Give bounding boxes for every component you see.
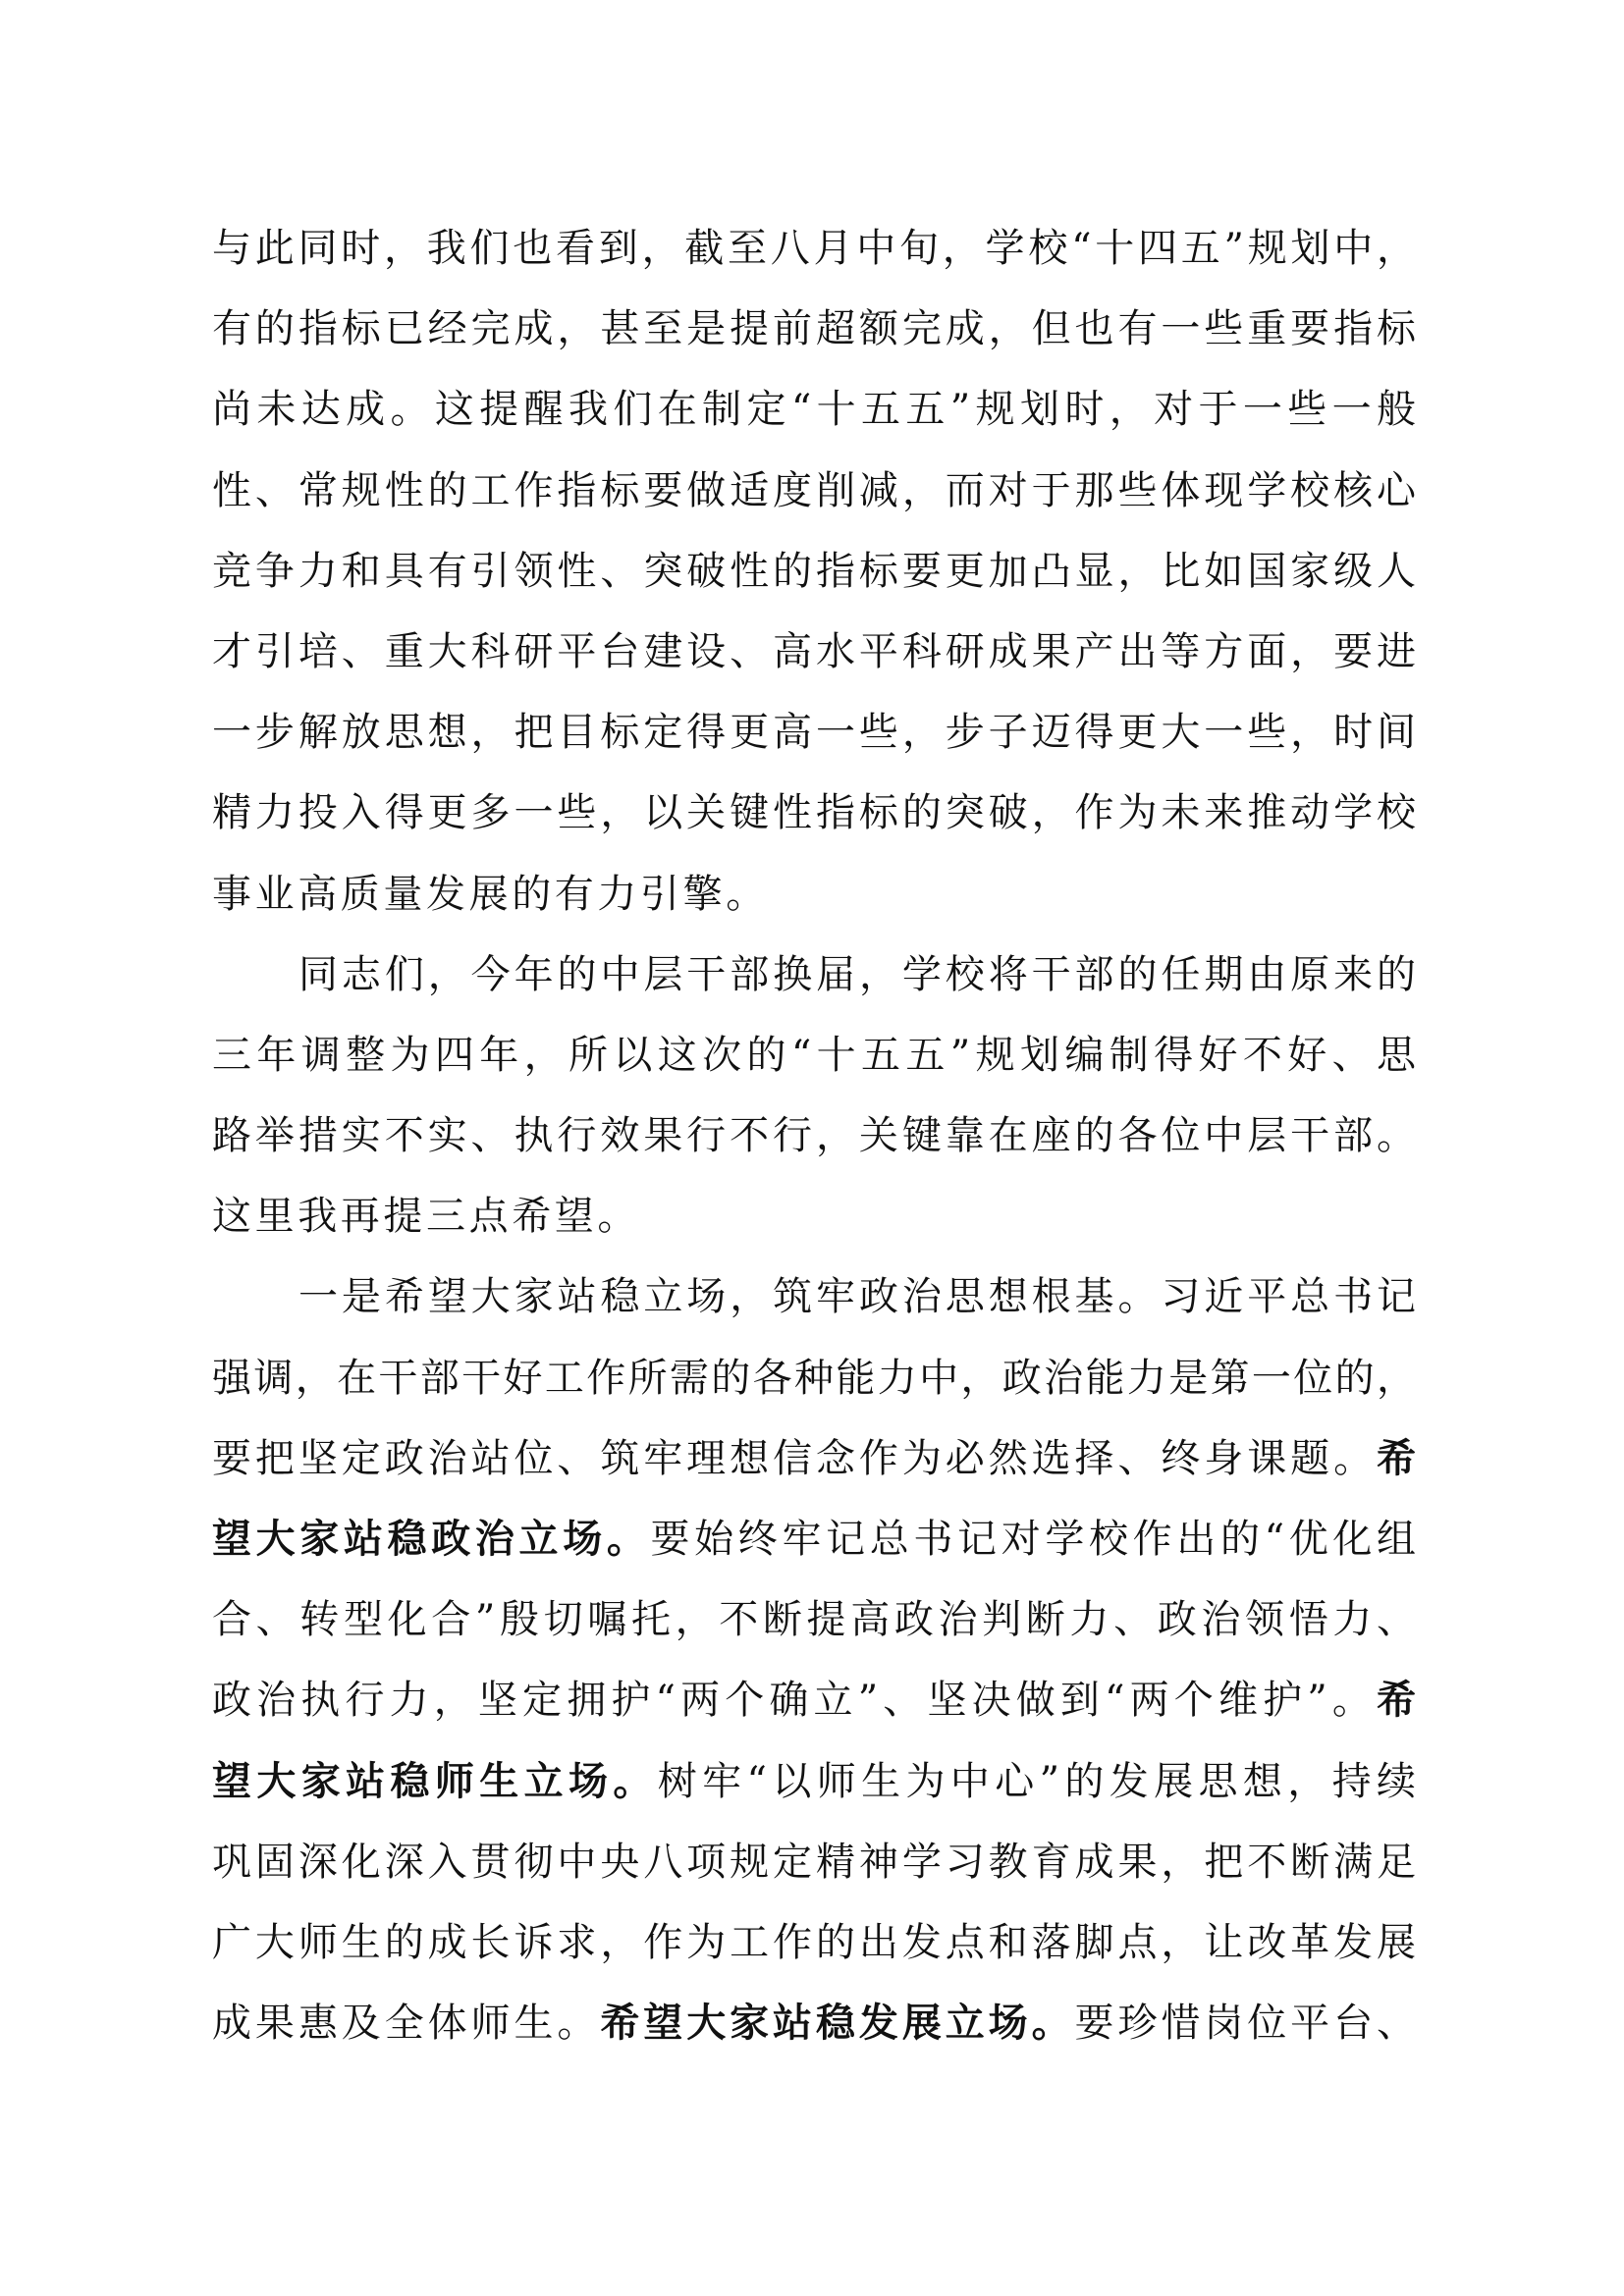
text-line: 这里我再提三点希望。	[212, 1176, 1416, 1256]
body-text-segment: 要珍惜岗位平台、	[1075, 2001, 1416, 2046]
text-line: 事业高质量发展的有力引擎。	[212, 854, 1416, 934]
body-text-segment: 性、常规性的工作指标要做适度削减，而对于那些体现学校核心	[212, 468, 1416, 513]
body-text-segment: 成果惠及全体师生。	[212, 2001, 600, 2046]
text-line: 望大家站稳师生立场。树牢“以师生为中心”的发展思想，持续	[212, 1741, 1416, 1822]
body-text-segment: 要把坚定政治站位、筑牢理想信念作为必然选择、终身课题。	[212, 1436, 1377, 1481]
text-line: 要把坚定政治站位、筑牢理想信念作为必然选择、终身课题。希	[212, 1418, 1416, 1499]
text-line: 精力投入得更多一些，以关键性指标的突破，作为未来推动学校	[212, 773, 1416, 853]
body-text-segment: 才引培、重大科研平台建设、高水平科研成果产出等方面，要进	[212, 629, 1416, 674]
bold-emphasis-text: 希	[1377, 1678, 1416, 1723]
body-text-segment: 强调，在干部干好工作所需的各种能力中，政治能力是第一位的，	[212, 1356, 1416, 1401]
text-line: 一步解放思想，把目标定得更高一些，步子迈得更大一些，时间	[212, 692, 1416, 773]
body-text-segment: 精力投入得更多一些，以关键性指标的突破，作为未来推动学校	[212, 790, 1416, 835]
text-line: 性、常规性的工作指标要做适度削减，而对于那些体现学校核心	[212, 451, 1416, 531]
text-line: 成果惠及全体师生。希望大家站稳发展立场。要珍惜岗位平台、	[212, 1983, 1416, 2063]
paragraph-first-line: 一是希望大家站稳立场，筑牢政治思想根基。习近平总书记	[212, 1256, 1416, 1337]
body-text-segment: 路举措实不实、执行效果行不行，关键靠在座的各位中层干部。	[212, 1113, 1416, 1158]
text-line: 广大师生的成长诉求，作为工作的出发点和落脚点，让改革发展	[212, 1902, 1416, 1983]
text-line: 有的指标已经完成，甚至是提前超额完成，但也有一些重要指标	[212, 289, 1416, 369]
body-text-segment: 广大师生的成长诉求，作为工作的出发点和落脚点，让改革发展	[212, 1920, 1416, 1965]
body-text-segment: 同志们，今年的中层干部换届，学校将干部的任期由原来的	[298, 952, 1416, 997]
text-line: 尚未达成。这提醒我们在制定“十五五”规划时，对于一些一般	[212, 369, 1416, 450]
text-line: 与此同时，我们也看到，截至八月中旬，学校“十四五”规划中，	[212, 208, 1416, 289]
body-text-segment: 有的指标已经完成，甚至是提前超额完成，但也有一些重要指标	[212, 306, 1416, 351]
body-text-segment: 巩固深化深入贯彻中央八项规定精神学习教育成果，把不断满足	[212, 1840, 1416, 1885]
text-line: 三年调整为四年，所以这次的“十五五”规划编制得好不好、思	[212, 1015, 1416, 1095]
bold-emphasis-text: 希望大家站稳发展立场。	[600, 2001, 1074, 2046]
document-page: 与此同时，我们也看到，截至八月中旬，学校“十四五”规划中，有的指标已经完成，甚至…	[0, 0, 1624, 2296]
text-line: 合、转型化合”殷切嘱托，不断提高政治判断力、政治领悟力、	[212, 1579, 1416, 1660]
body-text-segment: 这里我再提三点希望。	[212, 1194, 640, 1239]
text-line: 竞争力和具有引领性、突破性的指标要更加凸显，比如国家级人	[212, 531, 1416, 612]
body-text-segment: 与此同时，我们也看到，截至八月中旬，学校“十四五”规划中，	[212, 226, 1416, 271]
body-text-segment: 一步解放思想，把目标定得更高一些，步子迈得更大一些，时间	[212, 710, 1416, 755]
body-text-segment: 政治执行力，坚定拥护“两个确立”、坚决做到“两个维护”。	[212, 1678, 1377, 1723]
body-text-segment: 树牢“以师生为中心”的发展思想，持续	[658, 1759, 1416, 1804]
text-line: 望大家站稳政治立场。要始终牢记总书记对学校作出的“优化组	[212, 1499, 1416, 1579]
section-heading-text: 一是希望大家站稳立场，筑牢政治思想根基。	[298, 1274, 1161, 1319]
body-text-segment: 要始终牢记总书记对学校作出的“优化组	[651, 1517, 1417, 1562]
body-text-segment: 尚未达成。这提醒我们在制定“十五五”规划时，对于一些一般	[212, 387, 1416, 432]
body-text-segment: 三年调整为四年，所以这次的“十五五”规划编制得好不好、思	[212, 1033, 1416, 1078]
body-text-segment: 习近平总书记	[1161, 1274, 1416, 1319]
text-line: 路举措实不实、执行效果行不行，关键靠在座的各位中层干部。	[212, 1095, 1416, 1176]
text-line: 政治执行力，坚定拥护“两个确立”、坚决做到“两个维护”。希	[212, 1660, 1416, 1740]
body-text-segment: 竞争力和具有引领性、突破性的指标要更加凸显，比如国家级人	[212, 549, 1416, 594]
body-text-segment: 事业高质量发展的有力引擎。	[212, 872, 769, 917]
bold-emphasis-text: 望大家站稳政治立场。	[212, 1517, 651, 1562]
bold-emphasis-text: 希	[1377, 1436, 1416, 1481]
text-line: 强调，在干部干好工作所需的各种能力中，政治能力是第一位的，	[212, 1338, 1416, 1418]
body-text-segment: 合、转型化合”殷切嘱托，不断提高政治判断力、政治领悟力、	[212, 1597, 1416, 1642]
text-line: 才引培、重大科研平台建设、高水平科研成果产出等方面，要进	[212, 612, 1416, 692]
paragraph-first-line: 同志们，今年的中层干部换届，学校将干部的任期由原来的	[212, 934, 1416, 1015]
body-text: 与此同时，我们也看到，截至八月中旬，学校“十四五”规划中，有的指标已经完成，甚至…	[212, 208, 1416, 2063]
text-line: 巩固深化深入贯彻中央八项规定精神学习教育成果，把不断满足	[212, 1822, 1416, 1902]
bold-emphasis-text: 望大家站稳师生立场。	[212, 1759, 658, 1804]
